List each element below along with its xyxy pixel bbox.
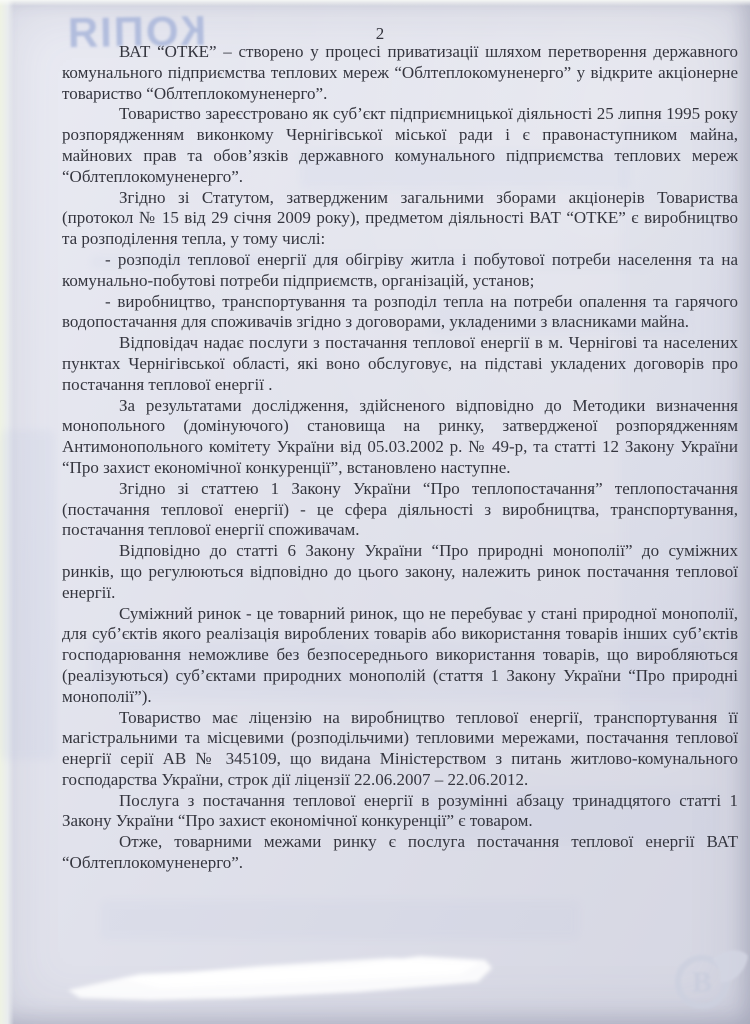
paragraph: Товариство має ліцензію на виробництво т… [62,708,738,791]
paragraph: За результатами дослідження, здійсненого… [62,396,738,479]
page-number: 2 [300,24,460,44]
whiteout-mark [60,948,520,1018]
paragraph: - виробництво, транспортування та розпод… [62,292,738,334]
paragraph: Відповідач надає послуги з постачання те… [62,333,738,395]
paragraph: Згідно зі статтею 1 Закону України “Про … [62,479,738,541]
scan-edge-strip [0,0,14,1024]
paragraph: Відповідно до статті 6 Закону України “П… [62,541,738,603]
watermark-emblem: В [650,938,750,1024]
paragraph: Суміжний ринок - це товарний ринок, що н… [62,604,738,708]
watermark-letter: В [692,966,712,999]
paragraph: Товариство зареєстровано як суб’єкт підп… [62,104,738,187]
bleed-through-artifact [100,900,580,940]
paragraph: Послуга з постачання теплової енергії в … [62,791,738,833]
document-body: ВАТ “ОТКЕ” – створено у процесі приватиз… [62,42,738,874]
paragraph: Згідно зі Статутом, затвердженим загальн… [62,188,738,250]
scanned-document-page: КОПІЯ 2 ВАТ “ОТКЕ” – створено у процесі … [0,0,750,1024]
paragraph: - розподіл теплової енергії для обігріву… [62,250,738,292]
paragraph: Отже, товарними межами ринку є послуга п… [62,832,738,874]
paragraph: ВАТ “ОТКЕ” – створено у процесі приватиз… [62,42,738,104]
scan-top-edge [0,0,750,6]
